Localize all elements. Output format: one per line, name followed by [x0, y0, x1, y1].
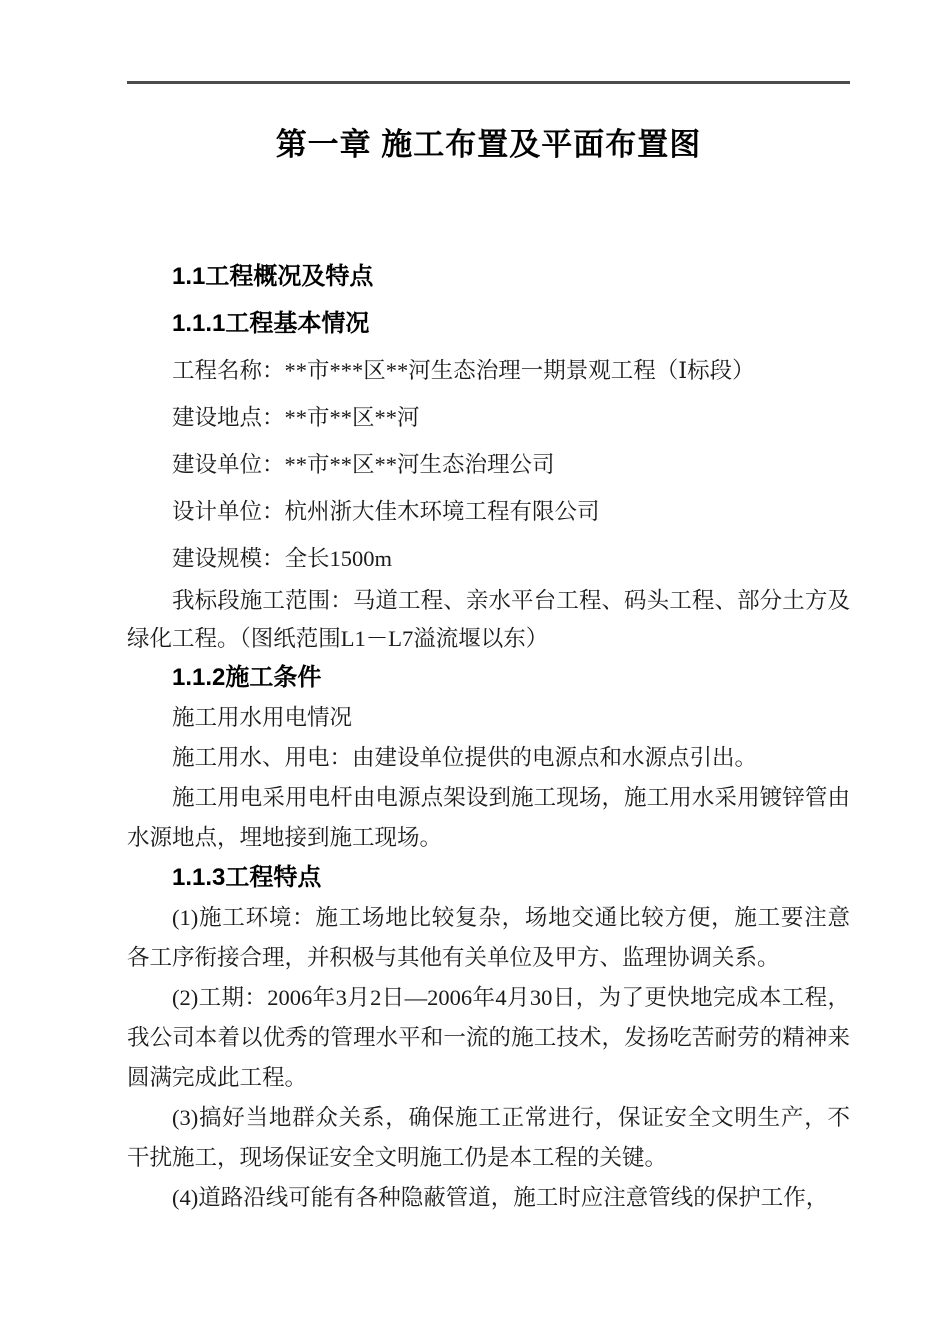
paragraph-feature-2: (2)工期：2006年3月2日—2006年4月30日，为了更快地完成本工程，我公… — [127, 978, 850, 1098]
chapter-title: 第一章 施工布置及平面布置图 — [127, 122, 850, 168]
heading-1-1-2: 1.1.2施工条件 — [127, 658, 850, 698]
paragraph-project-name: 工程名称：**市***区**河生态治理一期景观工程（Ⅰ标段） — [127, 347, 850, 394]
document-body: 第一章 施工布置及平面布置图 1.1工程概况及特点 1.1.1工程基本情况 工程… — [127, 84, 850, 1218]
document-page: 第一章 施工布置及平面布置图 1.1工程概况及特点 1.1.1工程基本情况 工程… — [0, 0, 950, 1344]
heading-1-1: 1.1工程概况及特点 — [127, 253, 850, 300]
paragraph-feature-4: (4)道路沿线可能有各种隐蔽管道，施工时应注意管线的保护工作， — [127, 1178, 850, 1218]
paragraph-owner: 建设单位：**市**区**河生态治理公司 — [127, 441, 850, 488]
paragraph-scope: 我标段施工范围：马道工程、亲水平台工程、码头工程、部分土方及绿化工程。（图纸范围… — [127, 582, 850, 658]
paragraph-utilities-title: 施工用水用电情况 — [127, 698, 850, 738]
heading-1-1-1: 1.1.1工程基本情况 — [127, 300, 850, 347]
paragraph-power-lines: 施工用电采用电杆由电源点架设到施工现场，施工用水采用镀锌管由水源地点，埋地接到施… — [127, 778, 850, 858]
paragraph-feature-3: (3)搞好当地群众关系，确保施工正常进行，保证安全文明生产，不干扰施工，现场保证… — [127, 1098, 850, 1178]
heading-1-1-3: 1.1.3工程特点 — [127, 858, 850, 898]
paragraph-scale: 建设规模：全长1500m — [127, 535, 850, 582]
paragraph-water-power: 施工用水、用电：由建设单位提供的电源点和水源点引出。 — [127, 738, 850, 778]
paragraph-location: 建设地点：**市**区**河 — [127, 394, 850, 441]
paragraph-designer: 设计单位：杭州浙大佳木环境工程有限公司 — [127, 488, 850, 535]
paragraph-feature-1: (1)施工环境：施工场地比较复杂，场地交通比较方便，施工要注意各工序衔接合理，并… — [127, 898, 850, 978]
